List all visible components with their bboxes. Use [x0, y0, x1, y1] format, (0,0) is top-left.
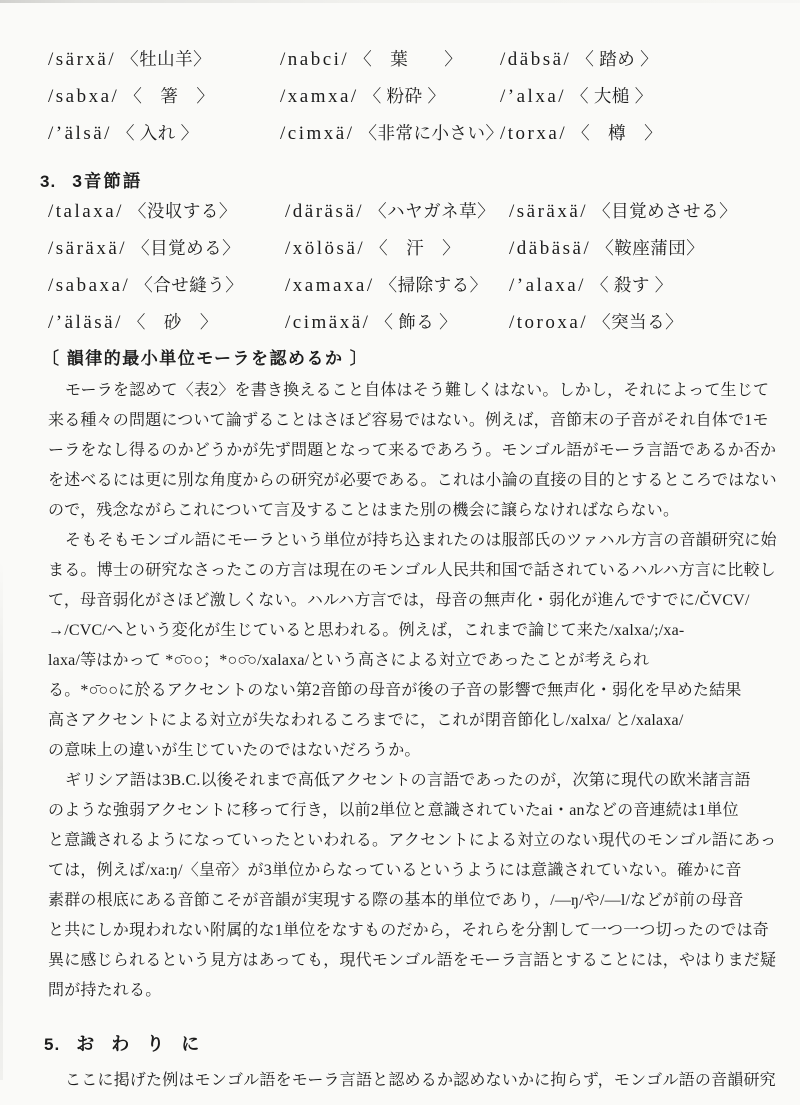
gloss: 〈目覚める〉: [132, 235, 240, 260]
phoneme: /däbäsä/: [509, 238, 591, 260]
phoneme: /sabaxa/: [48, 275, 130, 297]
gloss: 〈ハヤガネ草〉: [369, 198, 495, 223]
text-line: 高さアクセントによる対立が失なわれるころまでに，これが閉音節化し/xalxa/ …: [48, 706, 776, 736]
gloss: 〈 箸 〉: [124, 83, 214, 108]
word-entry: /torxa/〈 樽 〉: [500, 120, 662, 145]
phoneme: /ʼälsä/: [48, 123, 112, 145]
gloss: 〈 入れ 〉: [117, 120, 199, 145]
gloss: 〈合せ縫う〉: [135, 272, 243, 297]
phoneme: /sabxa/: [48, 86, 119, 108]
gloss: 〈目覚めさせる〉: [593, 198, 737, 223]
phoneme: /toroxa/: [509, 312, 588, 334]
gloss: 〈掃除する〉: [380, 272, 488, 297]
word-list-row: /ʼäläsä/〈 砂 〉 /cimäxä/〈 飾る 〉 /toroxa/〈突当…: [48, 309, 737, 346]
phoneme: /xamaxa/: [285, 275, 375, 297]
gloss: 〈非常に小さい〉: [359, 120, 503, 145]
gloss: 〈 葉 〉: [354, 46, 462, 71]
text-line: 素群の根底にある音節こそが音韻が実現する際の基本的単位であり，/—ŋ/や/—l/…: [48, 886, 776, 916]
bracketed-subheading: 〔 韻律的最小単位モーラを認めるか 〕: [42, 344, 368, 369]
gloss: 〈 樽 〉: [572, 120, 662, 145]
gloss: 〈 飾る 〉: [375, 309, 457, 334]
phoneme: /cimäxä/: [285, 312, 370, 334]
text-line: ので，残念ながらこれについて言及することはまた別の機会に譲らなければならない。: [48, 496, 776, 526]
phoneme: /ʼäläsä/: [48, 312, 123, 334]
section-title: 3音節語: [72, 168, 142, 193]
gloss: 〈 踏め 〉: [576, 46, 658, 71]
section-3-heading: 3. 3音節語: [40, 168, 142, 193]
section-number: 5.: [44, 1035, 60, 1055]
phoneme: /säräxä/: [509, 201, 588, 223]
scan-smudge-artifact: [0, 560, 3, 1080]
word-entry: /däbsä/〈 踏め 〉: [500, 46, 658, 71]
gloss: 〈牡山羊〉: [121, 46, 211, 71]
text-line: ここに掲げた例はモンゴル語をモーラ言語と認めるか認めないかに拘らず，モンゴル語の…: [48, 1066, 776, 1096]
text-line: まる。博士の研究なさったこの方言は現在のモンゴル人民共和国で話されているハルハ方…: [48, 556, 776, 586]
section-number: 3.: [40, 172, 56, 192]
word-entry: /ʼälsä/〈 入れ 〉: [48, 120, 280, 145]
phoneme: /cimxä/: [280, 123, 354, 145]
phoneme: /talaxa/: [48, 201, 124, 223]
phoneme: /särxä/: [48, 49, 116, 71]
gloss: 〈没収する〉: [129, 198, 237, 223]
word-list-row: /särxä/〈牡山羊〉 /nabci/〈 葉 〉 /däbsä/〈 踏め 〉: [48, 46, 662, 83]
text-line: の意味上の違いが生じていたのではないだろうか。: [48, 736, 776, 766]
gloss: 〈 大槌 〉: [571, 83, 653, 108]
text-line: モーラを認めて〈表2〉を書き換えること自体はそう難しくはない。しかし，それによっ…: [48, 376, 776, 406]
text-line: 異に感じられるという見方はあっても，現代モンゴル語をモーラ言語とすることには，や…: [48, 946, 776, 976]
text-line: →/CVC/へという変化が生じていると思われる。例えば，これまで論じて来た/xa…: [48, 616, 776, 646]
gloss: 〈 粉砕 〉: [364, 83, 446, 108]
gloss: 〈鞍座蒲団〉: [596, 235, 704, 260]
text-line: と意識されるようになっていったといわれる。アクセントによる対立のない現代のモンゴ…: [48, 826, 776, 856]
word-entry: /ʼalaxa/〈 殺す 〉: [509, 272, 673, 297]
text-line: と共にしか現われない附属的な1単位をなすものだから，それらを分割して一つ一つ切っ…: [48, 916, 776, 946]
section-title: お わ り に: [76, 1030, 205, 1056]
disyllabic-word-list: /särxä/〈牡山羊〉 /nabci/〈 葉 〉 /däbsä/〈 踏め 〉 …: [48, 46, 662, 157]
word-entry: /särxä/〈牡山羊〉: [48, 46, 280, 71]
text-line: る。*○̄○○に於るアクセントのない第2音節の母音が後の子音の影響で無声化・弱化…: [48, 676, 776, 706]
phoneme: /ʼalaxa/: [509, 275, 586, 297]
gloss: 〈 砂 〉: [128, 309, 218, 334]
text-line: ーラをなし得るのかどうかが先ず問題となって来るであろう。モンゴル語がモーラ言語で…: [48, 436, 776, 466]
word-entry: /säräxä/〈目覚めさせる〉: [509, 198, 737, 223]
phoneme: /däbsä/: [500, 49, 571, 71]
gloss: 〈突当る〉: [593, 309, 683, 334]
phoneme: /ʼalxa/: [500, 86, 566, 108]
scanned-document-page: /särxä/〈牡山羊〉 /nabci/〈 葉 〉 /däbsä/〈 踏め 〉 …: [0, 0, 800, 1105]
word-entry: /sabxa/〈 箸 〉: [48, 83, 280, 108]
closing-paragraph: ここに掲げた例はモンゴル語をモーラ言語と認めるか認めないかに拘らず，モンゴル語の…: [48, 1066, 776, 1096]
phoneme: /xölösä/: [285, 238, 365, 260]
word-entry: /ʼalxa/〈 大槌 〉: [500, 83, 653, 108]
word-entry: /toroxa/〈突当る〉: [509, 309, 683, 334]
text-line: て，母音弱化がさほど激しくない。ハルハ方言では，母音の無声化・弱化が進んですでに…: [48, 586, 776, 616]
scan-edge-artifact: [0, 0, 800, 3]
text-line: ては，例えば/xa:ŋ/〈皇帝〉が3単位からなっているというようには意識されてい…: [48, 856, 776, 886]
word-entry: /säräxä/〈目覚める〉: [48, 235, 285, 260]
phoneme: /säräxä/: [48, 238, 127, 260]
phoneme: /däräsä/: [285, 201, 364, 223]
word-list-row: /talaxa/〈没収する〉 /däräsä/〈ハヤガネ草〉 /säräxä/〈…: [48, 198, 737, 235]
phoneme: /nabci/: [280, 49, 349, 71]
word-entry: /xamxa/〈 粉砕 〉: [280, 83, 500, 108]
trisyllabic-word-list: /talaxa/〈没収する〉 /däräsä/〈ハヤガネ草〉 /säräxä/〈…: [48, 198, 737, 346]
word-entry: /xölösä/〈 汗 〉: [285, 235, 509, 260]
phoneme: /torxa/: [500, 123, 567, 145]
word-list-row: /säräxä/〈目覚める〉 /xölösä/〈 汗 〉 /däbäsä/〈鞍座…: [48, 235, 737, 272]
word-entry: /talaxa/〈没収する〉: [48, 198, 285, 223]
gloss: 〈 汗 〉: [370, 235, 460, 260]
word-entry: /däbäsä/〈鞍座蒲団〉: [509, 235, 704, 260]
word-list-row: /sabxa/〈 箸 〉 /xamxa/〈 粉砕 〉 /ʼalxa/〈 大槌 〉: [48, 83, 662, 120]
text-line: 問が持たれる。: [48, 976, 776, 1006]
word-entry: /däräsä/〈ハヤガネ草〉: [285, 198, 509, 223]
word-entry: /xamaxa/〈掃除する〉: [285, 272, 509, 297]
text-line: laxa/等はかって *○̄○○；*○○̄○/xalaxa/という高さによる対立…: [48, 646, 776, 676]
text-line: ギリシア語は3B.C.以後それまで高低アクセントの言語であったのが，次第に現代の…: [48, 766, 776, 796]
text-line: を述べるには更に別な角度からの研究が必要である。これは小論の直接の目的とするとこ…: [48, 466, 776, 496]
text-line: そもそもモンゴル語にモーラという単位が持ち込まれたのは服部氏のツァハル方言の音韻…: [48, 526, 776, 556]
word-entry: /ʼäläsä/〈 砂 〉: [48, 309, 285, 334]
word-entry: /cimäxä/〈 飾る 〉: [285, 309, 509, 334]
word-list-row: /sabaxa/〈合せ縫う〉 /xamaxa/〈掃除する〉 /ʼalaxa/〈 …: [48, 272, 737, 309]
word-entry: /nabci/〈 葉 〉: [280, 46, 500, 71]
gloss: 〈 殺す 〉: [591, 272, 673, 297]
section-5-heading: 5. お わ り に: [44, 1030, 205, 1056]
phoneme: /xamxa/: [280, 86, 359, 108]
text-line: 来る種々の問題について論ずることはさほど容易ではない。例えば，音節末の子音がそれ…: [48, 406, 776, 436]
body-text: モーラを認めて〈表2〉を書き換えること自体はそう難しくはない。しかし，それによっ…: [48, 376, 776, 1006]
word-list-row: /ʼälsä/〈 入れ 〉 /cimxä/〈非常に小さい〉 /torxa/〈 樽…: [48, 120, 662, 157]
word-entry: /cimxä/〈非常に小さい〉: [280, 120, 500, 145]
word-entry: /sabaxa/〈合せ縫う〉: [48, 272, 285, 297]
text-line: のような強弱アクセントに移って行き，以前2単位と意識されていたai・anなどの音…: [48, 796, 776, 826]
